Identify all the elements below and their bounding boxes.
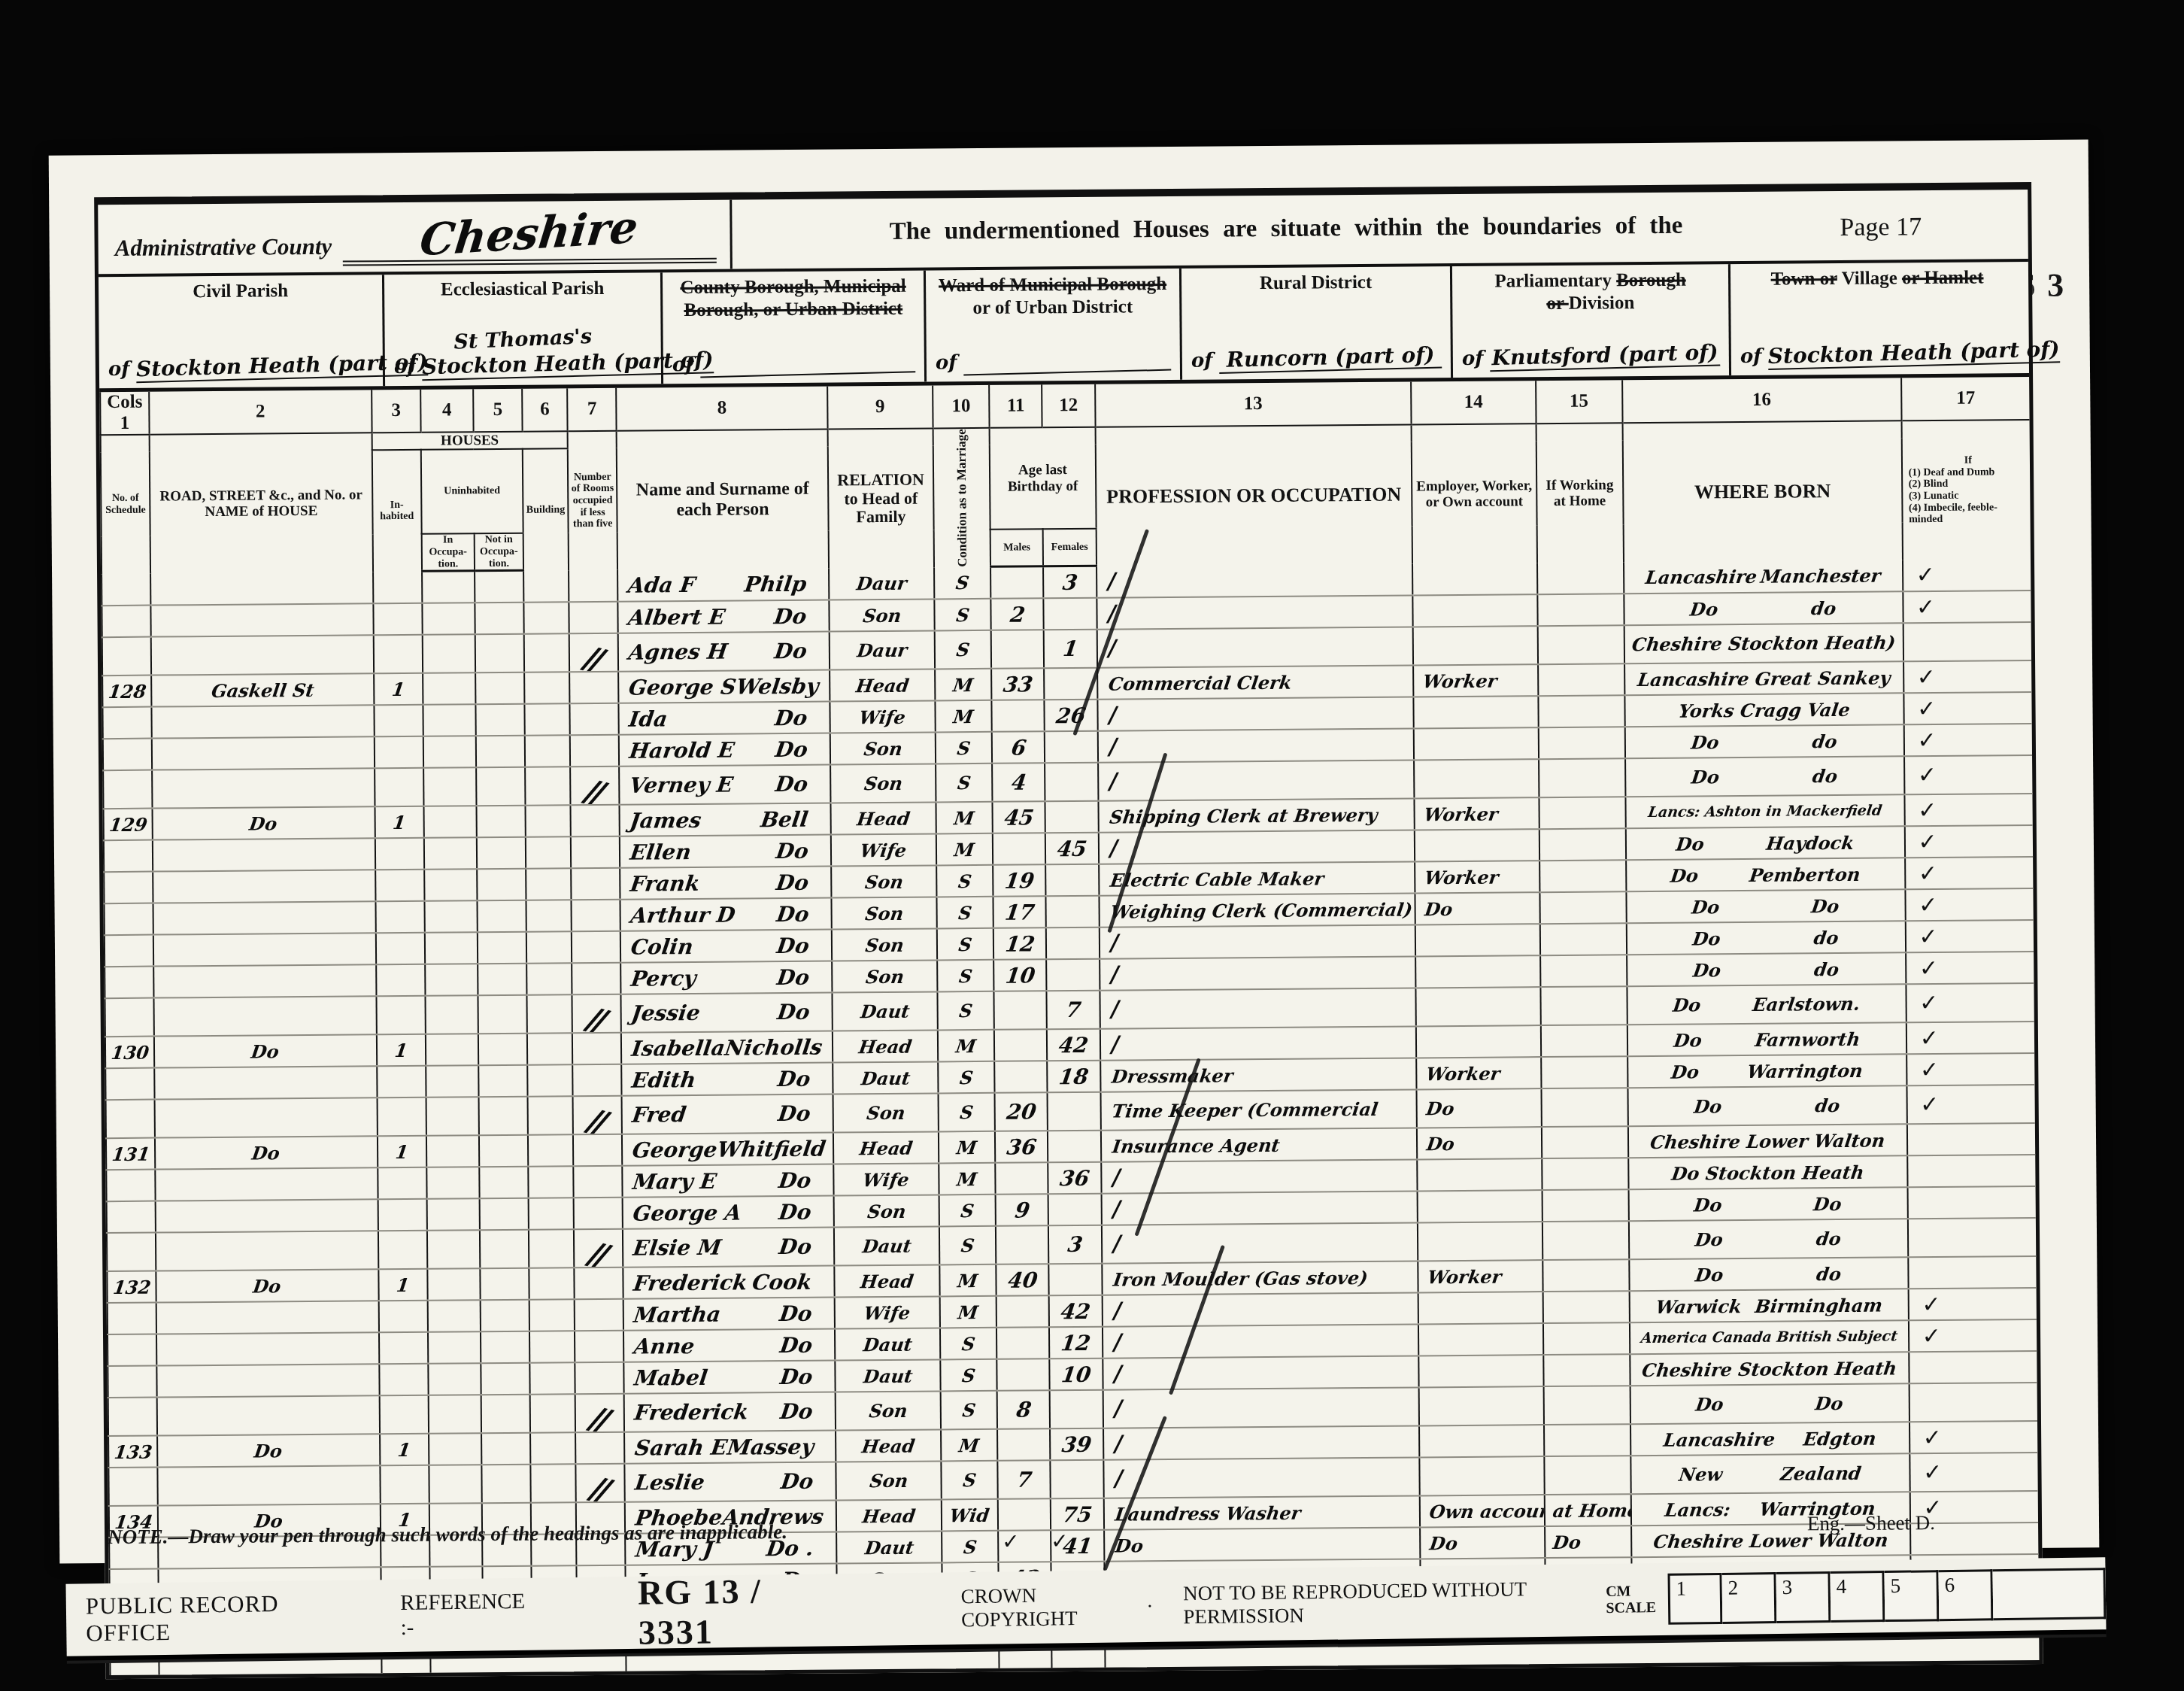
given-names: George A — [632, 1200, 743, 1225]
marital-condition: M — [953, 839, 975, 861]
condition-cell: M — [941, 1429, 997, 1462]
district-title-text: Division — [1569, 293, 1635, 314]
occupation-cell: / — [1099, 925, 1415, 959]
surname: Do — [777, 1199, 812, 1224]
occupation-cell: Electric Cable Maker — [1099, 862, 1415, 896]
inhabited-cell: 1 — [380, 1434, 429, 1466]
where-born-cell: DoWarrington — [1627, 1055, 1906, 1088]
district-value-text — [963, 345, 1171, 376]
relation-cell: Wife — [831, 834, 937, 867]
infirmity-cell — [1903, 622, 2031, 661]
district-title: Rural District — [1191, 271, 1441, 296]
scale-box: 6 — [1938, 1569, 1993, 1621]
building-cell — [526, 900, 572, 931]
schedule-number-cell — [105, 1068, 154, 1101]
age-female: 42 — [1057, 1033, 1090, 1058]
age-female-cell: 12 — [1049, 1327, 1102, 1359]
age-male-cell — [994, 1029, 1047, 1061]
condition-cell: M — [939, 1264, 996, 1297]
age-male-cell: 12 — [993, 927, 1046, 960]
header-inhabited: In-habited — [372, 450, 421, 572]
tally-mark: / — [1115, 1466, 1123, 1492]
administrative-county-box: Administrative County Cheshire — [98, 200, 733, 275]
in-occupation-cell — [429, 1465, 482, 1504]
district-value-text: Knutsford (part of) — [1489, 340, 1720, 372]
age-male: 6 — [1009, 735, 1027, 760]
check-mark: ✓ — [1906, 664, 1936, 691]
employer-cell — [1413, 626, 1538, 665]
header-rooms: Number of Rooms occupied if less than fi… — [568, 431, 618, 570]
column-number: 6 — [522, 388, 568, 431]
surname: Do — [775, 870, 810, 894]
age-male-cell — [992, 700, 1045, 732]
census-form: Administrative County Cheshire The under… — [94, 182, 2043, 1679]
birthplace-county: Do — [1690, 766, 1721, 788]
relation-cell: Daur — [830, 631, 936, 670]
inhabited-cell — [373, 635, 423, 674]
header-in-occupation: In Occupa-tion. — [421, 533, 475, 571]
in-occupation-cell — [423, 806, 476, 838]
check-mark: ✓ — [1909, 955, 1938, 982]
name-cell-td: JamesBell — [620, 803, 831, 836]
in-occupation-cell — [424, 900, 477, 933]
condition-cell: S — [934, 567, 990, 600]
header-infirmities-line: If — [1908, 454, 2028, 467]
building-cell — [529, 1299, 575, 1331]
marital-condition: S — [957, 902, 973, 924]
marital-condition: M — [957, 1270, 979, 1292]
birthplace: Dodo — [1630, 958, 1903, 982]
in-occupation-cell — [426, 1167, 479, 1199]
name-cell-td: MabelDo — [624, 1361, 836, 1394]
inhabited-mark: 1 — [396, 1439, 412, 1461]
rooms-cell — [575, 1362, 623, 1395]
building-cell — [523, 602, 569, 633]
surname: Do — [778, 1301, 813, 1325]
birthplace-town: Manchester — [1760, 564, 1882, 587]
employer-cell — [1419, 1355, 1544, 1387]
of-prefix: of — [1740, 345, 1762, 368]
relation-to-head: Son — [863, 737, 904, 759]
birthplace: Dodo — [1628, 765, 1901, 789]
condition-cell: S — [940, 1328, 996, 1360]
not-in-occupation-cell — [477, 900, 526, 933]
inhabited-cell — [375, 768, 424, 807]
in-occupation-cell — [424, 869, 477, 901]
age-female-cell: 42 — [1049, 1295, 1102, 1328]
not-in-occupation-cell — [475, 570, 523, 603]
working-at-home-cell — [1539, 923, 1627, 955]
employer-cell — [1418, 1222, 1542, 1261]
household-end-mark: // — [581, 639, 604, 672]
district-title-line: Civil Parish — [108, 279, 373, 304]
marital-condition: M — [952, 706, 975, 727]
age-female-cell — [1045, 801, 1098, 833]
column-number: 12 — [1042, 384, 1095, 428]
working-at-home-cell — [1543, 1322, 1630, 1355]
schedule-number-cell — [104, 840, 153, 873]
condition-cell: M — [939, 1131, 995, 1164]
birthplace-town: Do — [1814, 1392, 1845, 1414]
person-name: Elsie MDo — [626, 1234, 831, 1261]
inhabited-cell — [377, 1097, 426, 1137]
inhabited-cell — [379, 1395, 429, 1434]
condition-cell: M — [939, 1163, 995, 1195]
scale-box: 4 — [1830, 1571, 1885, 1623]
person-name: JamesBell — [623, 806, 828, 833]
working-at-home-cell — [1542, 1158, 1629, 1190]
birthplace-county: New — [1678, 1463, 1724, 1485]
birthplace-county: Do — [1691, 959, 1722, 981]
tally-mark: / — [1113, 1298, 1121, 1324]
age-female-cell: 10 — [1050, 1359, 1103, 1391]
employer-cell — [1414, 759, 1539, 798]
working-at-home-cell — [1538, 663, 1625, 696]
working-at-home-cell — [1543, 1354, 1630, 1386]
scale-box: 3 — [1776, 1571, 1831, 1623]
schedule-number: 128 — [107, 680, 147, 702]
name-cell-td: Sarah EMassey — [624, 1431, 836, 1464]
relation-to-head: Son — [868, 1470, 909, 1492]
employment-status: Worker — [1425, 1062, 1502, 1085]
working-at-home-cell — [1540, 1025, 1627, 1057]
age-female-cell — [1048, 1131, 1100, 1163]
building-cell — [525, 767, 571, 805]
relation-to-head: Head — [854, 674, 910, 697]
occupation: Time Keeper (Commercial — [1110, 1098, 1379, 1122]
birthplace-town: Warrington — [1746, 1059, 1864, 1082]
in-occupation-cell — [423, 672, 475, 705]
person-name: GeorgeWhitfield — [625, 1136, 830, 1162]
marital-condition: S — [957, 934, 973, 955]
occupation-cell: / — [1103, 1388, 1419, 1428]
birthplace-county: Lancashire — [1644, 566, 1758, 588]
schedule-number-cell — [104, 872, 153, 904]
occupation-cell: Weighing Clerk (Commercial) — [1099, 894, 1415, 927]
age-female: 7 — [1064, 997, 1082, 1022]
inhabited-cell — [377, 1066, 426, 1098]
surname: Do — [773, 639, 808, 663]
relation-cell: Daut — [832, 992, 938, 1031]
where-born-cell: America Canada British Subject — [1630, 1320, 1909, 1354]
scale-box: 2 — [1721, 1572, 1776, 1624]
in-occupation-cell — [428, 1363, 481, 1395]
building-cell — [526, 931, 572, 963]
district-title-text: Parliamentary — [1494, 270, 1616, 291]
condition-cell: S — [939, 1093, 996, 1132]
condition-cell: M — [936, 802, 993, 834]
page-number: Page 17 — [1840, 190, 2028, 260]
birthplace-town: Pemberton — [1748, 863, 1861, 885]
tally-mark: / — [1109, 702, 1117, 728]
birthplace-town: do — [1812, 927, 1840, 949]
birthplace: NewZealand — [1633, 1462, 1906, 1486]
age-female-cell: 36 — [1048, 1162, 1101, 1195]
inhabited-cell — [380, 1465, 429, 1504]
given-names: Anne — [632, 1334, 696, 1359]
occupation: Weighing Clerk (Commercial) — [1109, 898, 1413, 922]
rooms-cell: // — [570, 767, 620, 806]
relation-cell: Son — [835, 1392, 941, 1431]
working-at-home-cell — [1538, 727, 1625, 759]
header-infirmities-line: (2) Blind — [1909, 478, 2028, 490]
road-cell — [154, 1066, 377, 1099]
road-cell — [151, 603, 374, 636]
working-at-home-cell — [1539, 891, 1627, 924]
road-name: Do — [252, 1275, 283, 1297]
working-at-home-cell — [1537, 562, 1624, 594]
building-cell — [526, 963, 572, 994]
schedule-number-cell — [106, 1170, 155, 1202]
surname: Cook — [751, 1269, 813, 1295]
birthplace-town: do — [1814, 1094, 1842, 1116]
age-male-cell — [993, 833, 1045, 865]
crown-copyright-label: CROWN COPYRIGHT — [960, 1583, 1116, 1632]
header-condition: Condition as to Marriage — [933, 428, 991, 567]
of-prefix: of — [1462, 348, 1484, 370]
relation-to-head: Head — [860, 1434, 916, 1457]
schedule-number: 133 — [113, 1441, 153, 1462]
age-male: 10 — [1004, 963, 1036, 988]
relation-to-head: Head — [859, 1270, 915, 1292]
column-number: Cols 1 — [100, 392, 150, 436]
not-in-occupation-cell — [481, 1465, 531, 1504]
occupation-cell: / — [1102, 1293, 1418, 1327]
inhabited-cell — [378, 1199, 426, 1231]
given-names: Verney E — [628, 773, 735, 798]
birthplace-county: Do — [1670, 1061, 1700, 1082]
in-occupation-cell — [426, 1065, 478, 1097]
not-in-occupation-cell — [475, 704, 524, 736]
birthplace: America Canada British Subject — [1632, 1329, 1906, 1346]
road-cell: Do — [156, 1269, 378, 1302]
working-at-home-cell — [1544, 1424, 1631, 1456]
inhabited-cell: 1 — [375, 806, 423, 839]
employer-cell — [1412, 563, 1537, 596]
employer-cell: Worker — [1413, 664, 1538, 697]
building-cell — [527, 1033, 572, 1064]
given-names: George S — [627, 674, 738, 700]
employer-cell — [1418, 1190, 1542, 1222]
not-in-occupation-cell — [479, 1135, 528, 1167]
where-born-cell: Dodo — [1625, 725, 1904, 759]
employer-cell — [1416, 1025, 1541, 1058]
building-cell — [528, 1166, 573, 1198]
infirmity-cell — [1907, 1186, 2036, 1219]
condition-cell: M — [940, 1296, 996, 1328]
infirmity-cell: ✓ — [1903, 590, 2031, 623]
district-value: ofKnutsford (part of) — [1462, 342, 1720, 370]
birthplace-county: Do — [1694, 1393, 1725, 1415]
birthplace-county: Warwick — [1655, 1295, 1743, 1318]
age-male-cell: 20 — [995, 1092, 1048, 1131]
check-mark: ✓ — [1906, 696, 1936, 722]
check-mark: ✓ — [1913, 1425, 1942, 1451]
not-in-occupation-cell — [481, 1433, 530, 1465]
tally-mark: / — [1113, 1329, 1121, 1356]
employer-cell — [1419, 1425, 1544, 1457]
where-born-cell: Dodo — [1624, 592, 1903, 626]
relation-cell: Son — [831, 866, 937, 898]
surname: Philp — [743, 572, 808, 597]
check-mark: ✓ — [1908, 892, 1937, 918]
person-name: JessieDo — [624, 1000, 830, 1026]
employer-cell — [1414, 727, 1539, 760]
given-names: Frederick — [632, 1270, 750, 1295]
age-male-cell: 9 — [996, 1194, 1048, 1226]
census-rows: Ada FPhilpDaurS3/LancashireManchester✓Al… — [102, 559, 2039, 1602]
relation-to-head: Wife — [858, 706, 907, 728]
birthplace-county: Do — [1693, 1095, 1724, 1117]
district-title: Parliamentary Boroughor Division — [1461, 269, 1719, 316]
occupation-cell: / — [1097, 697, 1414, 731]
rooms-cell — [571, 805, 620, 837]
building-cell — [527, 1064, 572, 1096]
inhabited-cell — [373, 603, 422, 636]
given-names: Colin — [629, 934, 695, 960]
occupation: Commercial Clerk — [1107, 671, 1293, 694]
birthplace: DoDo — [1633, 1392, 1906, 1416]
infirmity-cell: ✓ — [1903, 692, 2032, 724]
district-value: of — [672, 348, 915, 377]
road-name: Do — [253, 1440, 284, 1462]
schedule-number-cell — [105, 903, 153, 936]
not-in-occupation-cell — [480, 1268, 529, 1301]
schedule-number: 129 — [108, 813, 148, 835]
check-mark: ✓ — [1907, 829, 1937, 855]
inhabited-cell: 1 — [378, 1136, 426, 1168]
road-cell — [156, 1231, 378, 1271]
road-name: Do — [250, 1040, 281, 1062]
condition-cell: S — [937, 897, 993, 929]
name-cell-td: FredDo — [622, 1094, 833, 1134]
in-occupation-cell — [425, 964, 478, 996]
column-number: 5 — [473, 389, 523, 433]
occupation-cell: / — [1098, 830, 1415, 864]
employer-cell: Do — [1417, 1127, 1542, 1159]
building-cell — [529, 1331, 575, 1362]
employer-cell — [1418, 1292, 1543, 1324]
name-cell-td: George ADo — [623, 1196, 834, 1229]
marital-condition: M — [956, 1168, 978, 1190]
road-name: Do — [248, 812, 279, 834]
in-occupation-cell — [427, 1300, 480, 1332]
age-female: 39 — [1060, 1432, 1093, 1457]
rooms-cell: // — [569, 633, 619, 672]
age-female-cell — [1044, 598, 1097, 630]
marital-condition: S — [954, 572, 970, 594]
name-cell-td: FrankDo — [620, 867, 831, 900]
age-female-cell — [1046, 896, 1099, 928]
rooms-cell — [574, 1198, 623, 1230]
schedule-number-cell — [102, 707, 151, 739]
surname: Massey — [726, 1434, 815, 1459]
marital-condition: S — [961, 1399, 977, 1421]
marital-condition: S — [956, 772, 972, 794]
road-cell — [153, 964, 376, 997]
header-infirmities-line: (1) Deaf and Dumb — [1909, 466, 2028, 479]
birthplace-county: Do — [1694, 1264, 1725, 1286]
surname: Do — [775, 838, 810, 863]
marital-condition: S — [959, 1101, 975, 1123]
given-names: Edith — [630, 1067, 697, 1093]
employer-cell — [1414, 696, 1539, 728]
employer-cell — [1415, 924, 1540, 956]
where-born-cell: Dodo — [1625, 757, 1904, 797]
name-cell-td: Elsie MDo — [623, 1228, 834, 1267]
road-cell — [153, 933, 376, 966]
where-born-cell: DoDo — [1630, 1383, 1909, 1424]
surname: Nicholls — [723, 1034, 824, 1060]
birthplace-county: Do — [1691, 927, 1722, 949]
inhabited-mark: 1 — [392, 812, 408, 833]
pen-check-mark: ✓ — [1002, 1529, 1020, 1554]
check-mark: ✓ — [1909, 1091, 1939, 1118]
employer-cell: Do — [1417, 1088, 1542, 1128]
district-value: of — [936, 346, 1171, 374]
where-born-cell: Lancs: Ashton in Mackerfield — [1625, 795, 1904, 829]
inhabited-mark: 1 — [395, 1274, 411, 1296]
sheet-label: Eng.—Sheet D. — [1807, 1511, 1935, 1535]
birthplace: DoDo — [1631, 1192, 1904, 1216]
in-occupation-cell — [423, 634, 476, 673]
inhabited-cell — [376, 996, 426, 1035]
working-at-home-cell — [1542, 1291, 1630, 1323]
district-title-line: Borough, or Urban District — [672, 298, 915, 323]
relation-cell: Son — [832, 929, 938, 961]
surname: Do — [772, 603, 808, 628]
age-female: 45 — [1056, 836, 1088, 861]
in-occupation-cell — [426, 1097, 479, 1136]
person-name: FredDo — [625, 1101, 830, 1128]
schedule-number-cell: 132 — [107, 1271, 156, 1304]
tally-mark: / — [1114, 1361, 1122, 1387]
inhabited-cell — [379, 1364, 428, 1396]
condition-cell: S — [937, 928, 993, 961]
birthplace-town: Earlstown. — [1752, 993, 1862, 1016]
name-cell-td: George SWelsby — [618, 670, 830, 703]
relation-to-head: Daut — [859, 1000, 911, 1023]
schedule-number-cell — [108, 1303, 156, 1335]
district-title-line: County Borough, Municipal — [672, 275, 915, 300]
district-value: ofStockton Heath (part of) — [108, 352, 374, 381]
inhabited-cell: 1 — [378, 1269, 427, 1301]
age-female-cell — [1045, 763, 1098, 802]
working-at-home-cell — [1542, 1189, 1629, 1222]
header-building: Building — [523, 449, 569, 571]
header-age-females: Females — [1043, 529, 1097, 566]
working-at-home-cell — [1544, 1456, 1631, 1495]
birthplace-county: Lancashire — [1663, 1428, 1777, 1450]
birthplace-town: do — [1815, 1263, 1843, 1285]
schedule-number: 131 — [111, 1143, 151, 1164]
schedule-number-cell — [108, 1468, 158, 1507]
age-female-cell — [1051, 1460, 1104, 1499]
person-name: Mary EDo — [626, 1167, 831, 1194]
not-in-occupation-cell — [480, 1230, 529, 1269]
road-cell — [155, 1167, 378, 1201]
condition-cell: M — [935, 669, 991, 701]
district-value: ofRuncorn (part of) — [1191, 344, 1442, 372]
header-age: Age last Birthday of — [990, 427, 1096, 530]
person-name: FrederickDo — [627, 1399, 833, 1425]
occupation-cell: / — [1097, 563, 1413, 598]
occupation-cell: Commercial Clerk — [1097, 666, 1414, 700]
birthplace: Cheshire Stockton Heath — [1631, 1357, 1907, 1381]
not-in-occupation-cell — [478, 964, 526, 996]
employment-status: Worker — [1424, 866, 1500, 888]
not-in-occupation-cell — [478, 995, 527, 1034]
